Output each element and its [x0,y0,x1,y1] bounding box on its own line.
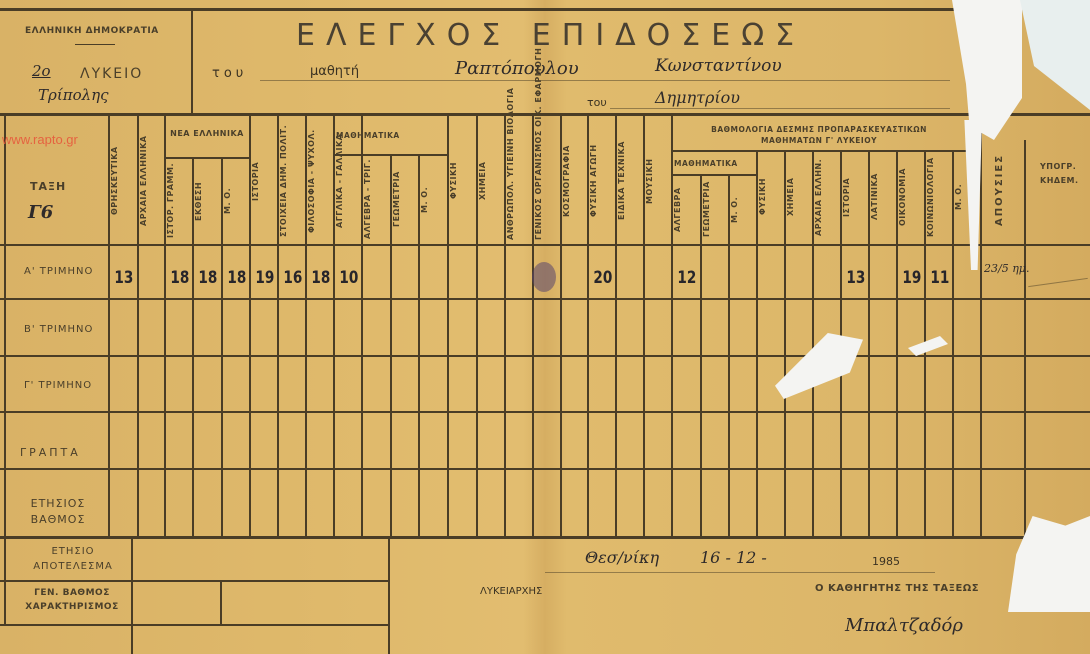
of-label: του [212,66,247,81]
column-header: ΕΙΔΙΚΑ ΤΕΧΝΙΚΑ [617,122,643,240]
absences-term1: 23/5 ημ. [984,262,1029,275]
grade-cell: 18 [227,268,246,288]
student-label: μαθητή [310,64,359,79]
grade-cell: 12 [677,268,696,288]
grade-cell: 16 [283,268,302,288]
republic-underline [75,44,115,45]
column-header: ΧΗΜΕΙΑ [786,154,812,240]
ink-stain [532,262,556,292]
row-label-annual: ΕΤΗΣΙΟΣ ΒΑΘΜΟΣ [14,496,102,528]
column-header: ΜΟΥΣΙΚΗ [645,122,671,240]
school-number: 2ο [32,62,51,80]
preparatory-subline [671,150,981,152]
column-header: ΕΚΘΕΣΗ [194,162,221,240]
class-label: ΤΑΞΗ [30,180,66,193]
guardian-header: ΥΠΟΓΡ. ΚΗΔΕΜ. [1040,160,1090,188]
paper-tear-mid [775,333,863,399]
student-surname: Ραπτόπουλου [455,58,579,79]
footer-year: 1985 [872,555,900,568]
group-preparatory: ΒΑΘΜΟΛΟΓΙΑ ΔΕΣΜΗΣ ΠΡΟΠΑΡΑΣΚΕΥΑΣΤΙΚΩΝ ΜΑΘ… [684,124,954,146]
grade-cell: 10 [339,268,358,288]
grade-cell: 18 [170,268,189,288]
footer-divider-2 [220,581,222,625]
column-header: ΟΙΚΟΝΟΜΙΑ [898,154,924,240]
paper-tear-bottom-right [1008,516,1090,612]
column-divider [980,116,982,538]
column-header: ΑΓΓΛΙΚΑ - ΓΑΛΛΙΚΑ [335,122,361,240]
footer-divider [131,538,133,654]
grade-cell: 19 [902,268,921,288]
annual-result-label: ΕΤΗΣΙΟ ΑΠΟΤΕΛΕΣΜΑ [18,544,128,574]
column-header: Μ. Ο. [730,179,756,240]
footer-bottom [0,624,388,626]
school-city: Τρίπολης [38,86,109,104]
row-label-term2: Β' ΤΡΙΜΗΝΟ [24,324,93,335]
father-name: Δημητρίου [655,88,740,107]
column-header: ΓΕΩΜΕΤΡΙΑ [392,159,418,240]
general-grade-label: ΓΕΝ. ΒΑΘΜΟΣ ΧΑΡΑΚΤΗΡΙΣΜΟΣ [16,586,128,614]
frame-top [0,8,960,11]
column-header: ΚΟΙΝΩΝΙΟΛΟΓΙΑ [926,154,952,240]
class-value: Γ6 [28,202,53,223]
grade-cell: 11 [930,268,949,288]
column-header: Μ. Ο. [420,159,447,240]
absences-right [1024,140,1026,538]
column-header: ΙΣΤΟΡ. ΓΡΑΜΜ. [166,162,192,240]
header-divider [191,10,193,114]
republic-label: ΕΛΛΗΝΙΚΗ ΔΗΜΟΚΡΑΤΙΑ [25,26,159,36]
paper-tear-small [908,336,948,356]
father-line [610,108,950,109]
grade-cell: 13 [114,268,133,288]
footer-mid [0,580,388,582]
column-header: ΛΑΤΙΝΙΚΑ [870,154,896,240]
nea-ellinika-subline [164,157,249,159]
column-header: ΣΤΟΙΧΕΙΑ ΔΗΜ. ΠΟΛΙΤ. [279,122,305,240]
student-firstname: Κωνσταντίνου [655,56,782,76]
grade-cell: 13 [846,268,865,288]
left-edge [4,116,6,626]
column-header: ΧΗΜΕΙΑ [478,122,504,240]
paper-tear-corner [1020,0,1090,110]
grade-cell: 18 [198,268,217,288]
column-header: ΑΡΧΑΙΑ ΕΛΛΗΝ. [814,154,840,240]
teacher-signature: Μπαλτζαδόρ [845,615,963,636]
column-header: ΙΣΤΟΡΙΑ [251,122,277,240]
prep-math-subline [671,174,756,176]
guardian-signature-scribble [1028,278,1088,287]
group-prep-mathimatika: ΜΑΘΗΜΑΤΙΚΑ [674,159,738,168]
grade-cell: 18 [311,268,330,288]
column-header: ΚΟΣΜΟΓΡΑΦΙΑ [562,122,587,240]
column-header: ΑΛΓΕΒΡΑ [673,179,700,240]
paper-tear-top-right [952,0,1022,140]
watermark: www.rapto.gr [2,132,78,147]
footer-date: 16 - 12 - [700,548,767,567]
column-header: ΑΝΘΡΩΠΟΛ. ΥΓΙΕΙΝΗ ΒΙΟΛΟΓΙΑ [506,122,532,240]
footer-right-divider [388,538,390,654]
column-header: ΓΕΝΙΚΟΣ ΟΡΓΑΝΙΣΜΟΣ ΟΙΚ. ΕΦΑΡΜΟΓΗ [534,122,560,240]
footer-place: Θεσ/νίκη [585,548,659,567]
column-header: ΓΕΩΜΕΤΡΙΑ [702,179,728,240]
column-header: ΦΥΣΙΚΗ [758,154,784,240]
grade-report-card: ΕΛΛΗΝΙΚΗ ΔΗΜΟΚΡΑΤΙΑ 2ο ΛΥΚΕΙΟ Τρίπολης Ε… [0,0,1090,654]
absences-header: ΑΠΟΥΣΙΕΣ [994,150,1005,230]
row-label-term1: Α' ΤΡΙΜΗΝΟ [24,266,93,277]
principal-label: ΛΥΚΕΙΑΡΧΗΣ [480,586,542,597]
teacher-label: Ο ΚΑΘΗΓΗΤΗΣ ΤΗΣ ΤΑΞΕΩΣ [815,583,979,594]
date-line [545,572,935,573]
school-type: ΛΥΚΕΙΟ [80,66,143,82]
column-header: ΦΙΛΟΣΟΦΙΑ - ΨΥΧΟΛ. [307,122,333,240]
father-label: του [587,96,607,109]
column-header: ΑΛΓΕΒΡΑ - ΤΡΙΓ. [363,159,390,240]
name-line [260,80,950,81]
column-header: ΙΣΤΟΡΙΑ [842,154,868,240]
group-nea-ellinika: ΝΕΑ ΕΛΛΗΝΙΚΑ [170,128,244,140]
column-header: ΦΥΣΙΚΗ ΑΓΩΓΗ [589,122,615,240]
column-header: ΦΥΣΙΚΗ [449,122,476,240]
column-header: ΘΡΗΣΚΕΥΤΙΚΑ [110,122,137,240]
grade-cell: 20 [593,268,612,288]
grade-cell: 19 [255,268,274,288]
column-header: Μ. Ο. [223,162,249,240]
row-label-written: ΓΡΑΠΤΑ [20,446,81,459]
report-title: ΕΛΕΓΧΟΣ ΕΠΙΔΟΣΕΩΣ [296,18,805,53]
column-header: ΑΡΧΑΙΑ ΕΛΛΗΝΙΚΑ [139,122,164,240]
row-label-term3: Γ' ΤΡΙΜΗΝΟ [24,380,92,391]
